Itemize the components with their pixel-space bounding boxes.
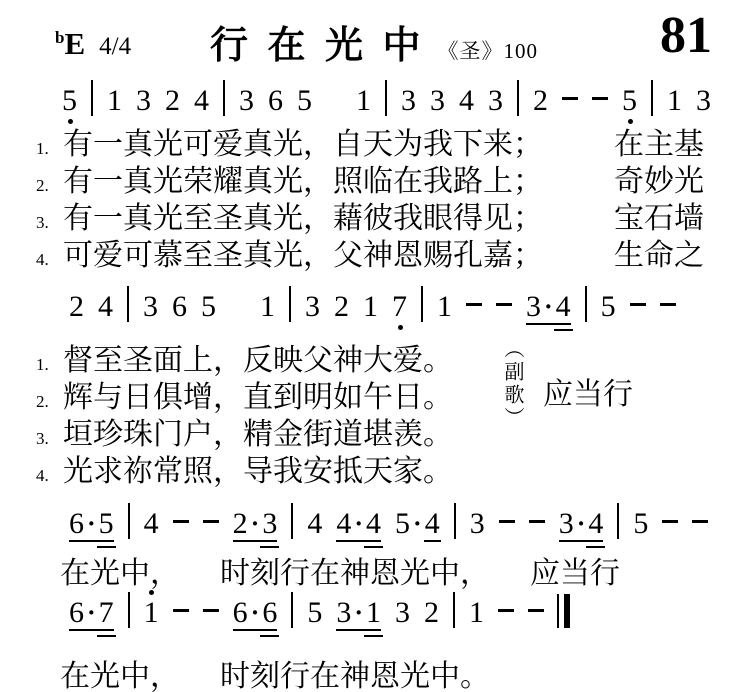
music-line-4: 6·716·653·1321 (62, 592, 576, 628)
music-note: 4 (194, 86, 209, 116)
note-group: 5·4 (395, 509, 440, 539)
page-title: 行 在 光 中 (210, 25, 426, 67)
music-note: 2 (424, 598, 439, 628)
music-note: 4 (307, 509, 322, 539)
verse-number: 1. (36, 355, 63, 375)
barline (91, 80, 93, 116)
music-note: 5 (601, 292, 616, 322)
music-note: 4 (556, 292, 571, 322)
barline (454, 503, 456, 539)
verse-number: 1. (36, 139, 63, 159)
lyric-segment: 时刻行在神恩光中。 (220, 651, 490, 692)
duration-dash (466, 303, 482, 306)
music-note: 4 (336, 509, 351, 539)
music-note: 1 (437, 292, 452, 322)
lyric-segment: 应当行 (530, 548, 620, 592)
music-note: 1 (363, 292, 378, 322)
barline (291, 503, 293, 539)
music-note: 5 (99, 509, 114, 539)
music-note: 6 (69, 509, 84, 539)
duration-dash (173, 609, 189, 612)
music-note: 3 (305, 292, 320, 322)
music-note: 4 (366, 509, 381, 539)
barline (517, 80, 519, 116)
music-note: 4 (425, 509, 440, 539)
barline (385, 80, 387, 116)
augmentation-dot: · (354, 598, 363, 628)
music-line-2: 243651321713·45 (62, 286, 683, 322)
verse-block-1: 1.有一真光可爱真光，自天为我下来；在主基2.有一真光荣耀真光，照临在我路上；奇… (36, 119, 714, 267)
duration-dash (499, 520, 515, 523)
music-note: 7 (392, 292, 407, 322)
verse-number: 3. (36, 429, 63, 449)
note-group: 6·5 (69, 509, 114, 539)
duration-dash (592, 97, 608, 100)
verse-line: 1.有一真光可爱真光，自天为我下来；在主基 (36, 119, 714, 156)
augmentation-dot: · (87, 509, 96, 539)
barline (585, 286, 587, 322)
duration-dash (662, 520, 678, 523)
note-group: 4·4 (336, 509, 381, 539)
music-note: 3 (559, 509, 574, 539)
barline (617, 503, 619, 539)
music-note: 1 (144, 598, 159, 628)
music-line-1: 51324365133432513 (55, 80, 718, 116)
duration-dash (562, 97, 578, 100)
music-note: 6 (262, 598, 277, 628)
refrain-lyrics-line-1: 在光中，时刻行在神恩光中，应当行 (60, 548, 620, 592)
verse-number: 2. (36, 392, 63, 412)
note-group: 6·6 (233, 598, 278, 628)
thick-bar (564, 594, 570, 628)
duration-dash (630, 303, 646, 306)
verse-line: 1.督至圣面上，反映父神大爱。 (36, 335, 536, 372)
verse-line: 3.有一真光至圣真光，藉彼我眼得见；宝石墙 (36, 193, 714, 230)
augmentation-dot: · (87, 598, 96, 628)
hymn-sheet: bE 4/4 行 在 光 中《圣》100 81 5132436513343251… (0, 0, 748, 692)
barline (289, 286, 291, 322)
music-note: 1 (366, 598, 381, 628)
music-note: 4 (98, 292, 113, 322)
music-note: 1 (356, 86, 371, 116)
augmentation-dot: · (577, 509, 586, 539)
verse-block-2: 1.督至圣面上，反映父神大爱。2.辉与日俱增，直到明如午日。3.垣珍珠门户，精金… (36, 335, 536, 483)
music-note: 1 (107, 86, 122, 116)
verse-number: 4. (36, 466, 63, 486)
verse-number: 2. (36, 176, 63, 196)
duration-dash (498, 609, 514, 612)
duration-dash (692, 520, 708, 523)
music-note: 3 (239, 86, 254, 116)
music-note: 1 (469, 598, 484, 628)
music-note: 5 (622, 86, 637, 116)
verse-line: 2.辉与日俱增，直到明如午日。 (36, 372, 536, 409)
lyric-segment: 在光中， (60, 651, 180, 692)
barline (128, 503, 130, 539)
lyric-segment: 在光中， (60, 548, 180, 592)
barline (421, 286, 423, 322)
note-group: 6·7 (69, 598, 114, 628)
barline (291, 592, 293, 628)
hymnal-reference: 《圣》100 (438, 39, 539, 63)
music-note: 6 (233, 598, 248, 628)
augmentation-dot: · (413, 509, 422, 539)
music-note: 6 (268, 86, 283, 116)
music-note: 5 (307, 598, 322, 628)
augmentation-dot: · (354, 509, 363, 539)
barline (128, 592, 130, 628)
verse-number: 3. (36, 213, 63, 233)
barline (127, 286, 129, 322)
music-note: 2 (233, 509, 248, 539)
music-note: 1 (667, 86, 682, 116)
music-note: 5 (201, 292, 216, 322)
music-note: 3 (488, 86, 503, 116)
music-note: 3 (136, 86, 151, 116)
augmentation-dot: · (544, 292, 553, 322)
barline (223, 80, 225, 116)
music-note: 3 (696, 86, 711, 116)
barline (651, 80, 653, 116)
music-note: 5 (62, 86, 77, 116)
music-note: 7 (99, 598, 114, 628)
duration-dash (496, 303, 512, 306)
music-note: 3 (262, 509, 277, 539)
music-note: 6 (69, 598, 84, 628)
title-area: 行 在 光 中《圣》100 (0, 14, 748, 69)
music-note: 4 (459, 86, 474, 116)
music-note: 3 (336, 598, 351, 628)
verse-line: 4.光求祢常照，导我安抵天家。 (36, 446, 536, 483)
note-group: 3·4 (526, 292, 571, 322)
duration-dash (203, 609, 219, 612)
note-group: 3·4 (559, 509, 604, 539)
hymn-number: 81 (660, 6, 712, 65)
music-line-3: 6·542·344·45·433·45 (62, 503, 715, 539)
verse-number: 4. (36, 250, 63, 270)
augmentation-dot: · (251, 598, 260, 628)
music-note: 4 (144, 509, 159, 539)
music-note: 3 (470, 509, 485, 539)
music-note: 2 (69, 292, 84, 322)
music-note: 6 (172, 292, 187, 322)
music-note: 3 (526, 292, 541, 322)
note-group: 2·3 (233, 509, 278, 539)
augmentation-dot: · (251, 509, 260, 539)
music-note: 3 (143, 292, 158, 322)
music-note: 3 (430, 86, 445, 116)
music-note: 1 (260, 292, 275, 322)
refrain-marker: （副歌） (498, 338, 527, 430)
music-note: 5 (633, 509, 648, 539)
lyric-segment: 时刻行在神恩光中， (220, 548, 490, 592)
verse-right-text: 生命之 (614, 230, 714, 274)
verse-text: 光求祢常照，导我安抵天家。 (63, 446, 453, 490)
verse-line: 2.有一真光荣耀真光，照临在我路上；奇妙光 (36, 156, 714, 193)
final-barline (557, 594, 570, 628)
music-note: 2 (165, 86, 180, 116)
duration-dash (173, 520, 189, 523)
music-note: 5 (395, 509, 410, 539)
verse-text: 可爱可慕至圣真光，父神恩赐孔嘉； (63, 230, 543, 274)
duration-dash (660, 303, 676, 306)
verse-line: 3.垣珍珠门户，精金街道堪羡。 (36, 409, 536, 446)
music-note: 4 (588, 509, 603, 539)
music-note: 2 (334, 292, 349, 322)
refrain-lyrics-line-2: 在光中，时刻行在神恩光中。 (60, 651, 490, 692)
verse-line: 4.可爱可慕至圣真光，父神恩赐孔嘉；生命之 (36, 230, 714, 267)
music-note: 5 (297, 86, 312, 116)
refrain-lead-text: 应当行 (543, 369, 633, 413)
barline (453, 592, 455, 628)
duration-dash (529, 520, 545, 523)
thin-bar (557, 594, 559, 628)
duration-dash (528, 609, 544, 612)
music-note: 3 (401, 86, 416, 116)
music-note: 2 (533, 86, 548, 116)
duration-dash (203, 520, 219, 523)
music-note: 3 (395, 598, 410, 628)
note-group: 3·1 (336, 598, 381, 628)
